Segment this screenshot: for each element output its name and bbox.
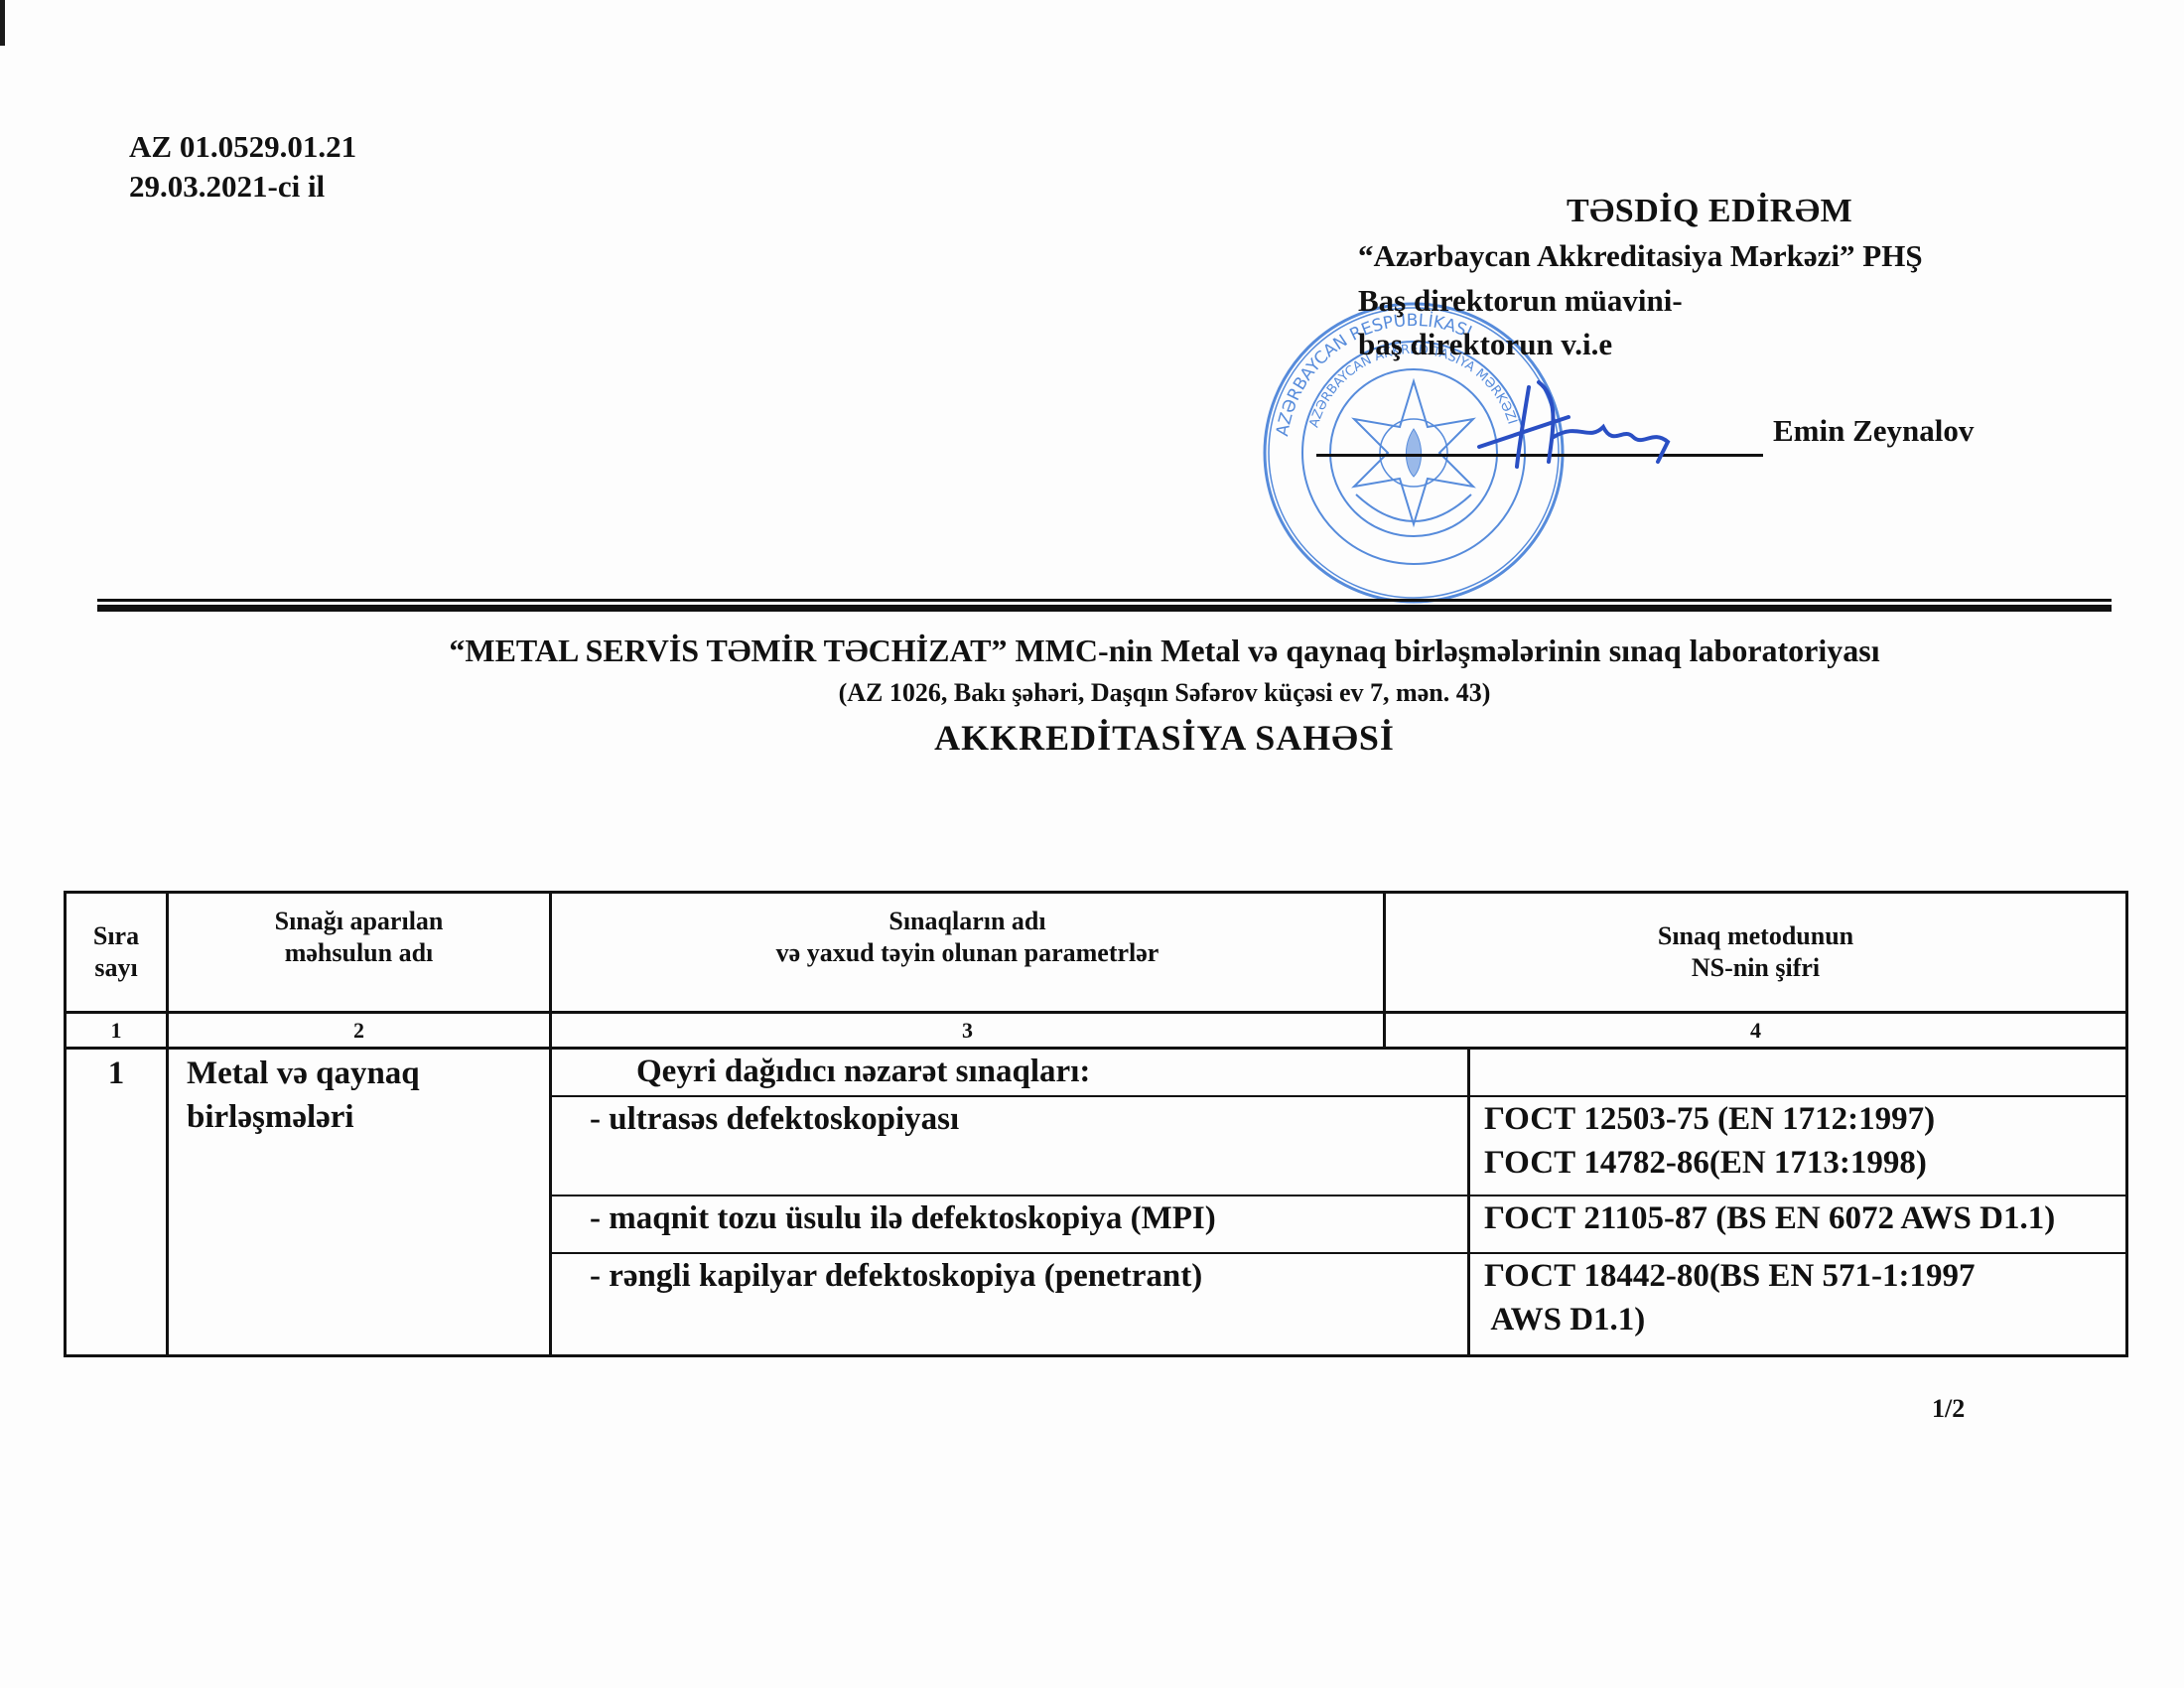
header-serial-number: Sıra sayı: [66, 893, 168, 1013]
test-group-method: [1469, 1050, 2126, 1096]
row-tests: Qeyri dağıdıcı nəzarət sınaqları: - ultr…: [551, 1049, 2127, 1356]
test-row: - maqnit tozu üsulu ilə defektoskopiya (…: [552, 1196, 2125, 1253]
tests-subtable: Qeyri dağıdıcı nəzarət sınaqları: - ultr…: [552, 1050, 2125, 1354]
accreditation-scope-table: Sıra sayı Sınağı aparılan məhsulun adı S…: [64, 891, 2128, 1357]
column-number-row: 1 2 3 4: [66, 1013, 2127, 1049]
approver-position-line1: Baş direktorun müavini-: [1358, 283, 1683, 319]
test-method: ГОСТ 21105-87 (BS EN 6072 AWS D1.1): [1469, 1196, 2126, 1253]
approver-position-line2: baş direktorun v.i.e: [1358, 327, 1612, 362]
divider-thin: [97, 599, 2112, 602]
row-serial-number: 1: [66, 1049, 168, 1356]
header-product-name: Sınağı aparılan məhsulun adı: [168, 893, 551, 1013]
reference-number: AZ 01.0529.01.21: [129, 127, 356, 167]
test-group-heading: Qeyri dağıdıcı nəzarət sınaqları:: [552, 1050, 1469, 1096]
header-test-name: Sınaqların adı və yaxud təyin olunan par…: [551, 893, 1385, 1013]
test-name: - ultrasəs defektoskopiyası: [552, 1096, 1469, 1196]
laboratory-address: (AZ 1026, Bakı şəhəri, Daşqın Səfərov kü…: [0, 678, 2184, 708]
scan-edge-artifact: [0, 0, 5, 46]
signature-icon: [1469, 367, 1688, 477]
laboratory-title: “METAL SERVİS TƏMİR TƏCHİZAT” MMC-nin Me…: [0, 633, 2184, 669]
document-reference: AZ 01.0529.01.21 29.03.2021-ci il: [129, 127, 356, 207]
table-header-row: Sıra sayı Sınağı aparılan məhsulun adı S…: [66, 893, 2127, 1013]
divider-thick: [97, 605, 2112, 612]
row-product-name: Metal və qaynaq birləşmələri: [168, 1049, 551, 1356]
test-row: - ultrasəs defektoskopiyası ГОСТ 12503-7…: [552, 1096, 2125, 1196]
table-row: 1 Metal və qaynaq birləşmələri Qeyri dağ…: [66, 1049, 2127, 1356]
document-date: 29.03.2021-ci il: [129, 167, 356, 207]
page-number: 1/2: [1932, 1394, 1965, 1424]
approving-organization: “Azərbaycan Akkreditasiya Mərkəzi” PHŞ: [1358, 238, 1923, 274]
test-method: ГОСТ 12503-75 (EN 1712:1997) ГОСТ 14782-…: [1469, 1096, 2126, 1196]
header-test-method: Sınaq metodunun NS-nin şifri: [1385, 893, 2127, 1013]
test-method: ГОСТ 18442-80(BS EN 571-1:1997 AWS D1.1): [1469, 1253, 2126, 1354]
column-number: 2: [168, 1013, 551, 1049]
column-number: 1: [66, 1013, 168, 1049]
accreditation-scope-title: AKKREDİTASİYA SAHƏSİ: [0, 717, 2184, 759]
test-name: - maqnit tozu üsulu ilə defektoskopiya (…: [552, 1196, 1469, 1253]
approval-title: TƏSDİQ EDİRƏM: [1567, 193, 1852, 230]
test-name: - rəngli kapilyar defektoskopiya (penetr…: [552, 1253, 1469, 1354]
column-number: 3: [551, 1013, 1385, 1049]
signer-name: Emin Zeynalov: [1773, 413, 1974, 449]
column-number: 4: [1385, 1013, 2127, 1049]
test-row: - rəngli kapilyar defektoskopiya (penetr…: [552, 1253, 2125, 1354]
